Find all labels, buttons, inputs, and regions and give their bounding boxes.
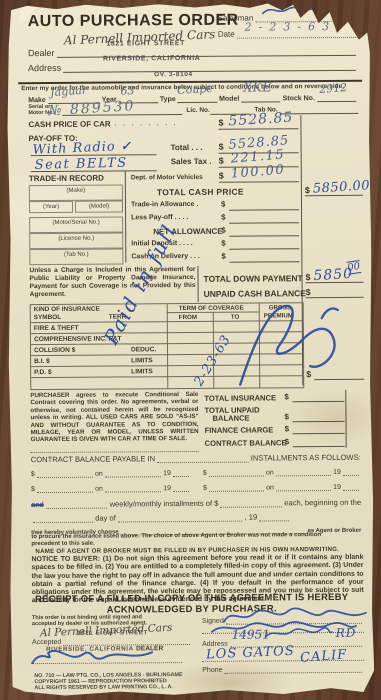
inst-dollar: $ [203,470,207,477]
initial-deposit-line [229,248,299,249]
initial-deposit-dollar: $ [221,239,226,248]
cash-price-dots: . . . . . . . . [114,118,177,127]
total-label: Total . . . [171,143,203,152]
inst-line [276,482,331,491]
accepted-street-stamp: 1821 EIGHT STREET [77,629,148,636]
footer-line-3: ALL RIGHTS RESERVED BY LAW PRINTING CO.,… [34,684,173,691]
lic-label: Lic. No. [186,107,210,114]
down-payment-rule [197,266,198,302]
model-line: XKE [241,93,280,102]
trade-in-year-model-box: (Year) (Model) [29,200,123,213]
ins-row-collision-deduc: DEDUC. [131,346,156,353]
agent-line2: to procure the insurance listed above. T… [31,532,361,541]
and-word-struck: and [31,500,44,509]
purchaser-clause: PURCHASER agrees to execute Conditional … [30,391,198,444]
total-cash-underline [305,195,363,196]
contract-balance-dollar: $ [285,437,290,446]
total-unpaid-dollar: $ [284,412,289,421]
total-cash-dollar: $ [305,185,310,195]
dmv-label: Dept. of Motor Vehicles [131,174,203,182]
day-row: day of , 19 [31,512,291,523]
trade-in-year-label: (Year) [43,204,59,210]
date-handwritten: 2-23-63 [245,20,337,34]
total-insurance-dollar: $ [284,392,289,401]
inst-dollar: $ [31,486,35,493]
finance-charge-dollar: $ [285,424,290,433]
stock-label: Stock No. [283,95,315,102]
trade-allowance-label: Trade-in Allowance . [131,201,198,208]
dealer-street-stamp: 1821 EIGHT STREET [106,40,185,48]
dmv-handwritten: 100.00 [230,162,285,181]
installment-row-2-left: $ on 19 [31,483,191,493]
weekly-row: and weekly/monthly installments of $ eac… [31,498,361,509]
trade-in-column-rule [125,170,127,262]
inst-on: on [266,484,274,491]
installment-row-2-right: $ on 19 [203,482,361,492]
day-blank-1 [33,514,93,523]
year-handwritten: 63 [120,84,134,97]
total-down-cents: 00 [347,260,361,275]
address-row: Address RIVERSIDE, CALIFORNIA [28,61,358,73]
trade-in-year-box: (Year) [29,201,73,213]
trade-in-license-label: (License No.) [58,236,94,242]
trade-in-make-label: (Make) [67,188,86,194]
trade-allowance-line [229,209,299,210]
phone-label: Phone [202,667,222,674]
less-payoff-line [229,222,299,223]
inst-dollar: $ [31,471,35,478]
net-allowance-line [229,235,299,236]
h-symbol: SYMBOL [34,314,61,321]
cash-delivery-dollar: $ [221,252,226,261]
insurance-total-line [314,379,364,380]
net-allowance-dollar: $ [221,226,226,235]
total-unpaid-label-2: BALANCE [212,414,249,423]
inst-line [105,483,161,492]
phone-row: Phone [202,664,364,674]
insurance-disclaimer: Unless a Charge is Included in this Agre… [29,266,195,299]
inst-line [37,469,93,478]
trade-in-motor-label: (Motor/Serial No.) [52,220,99,226]
clause-dotted-line [31,451,199,453]
day-blank-2 [118,513,243,523]
day-year-text: , 19 [244,513,257,522]
insurance-total-dollar: $ [306,369,311,379]
trade-in-make-box: (Make) [29,184,123,201]
ins-row-fire: FIRE & THEFT [34,325,79,332]
dealer-city-stamp: RIVERSIDE, CALIFORNIA [103,55,200,63]
inst-line [209,482,264,491]
total-down-label: TOTAL DOWN PAYMENT [203,273,302,284]
inst-dollar: $ [203,485,207,492]
cash-price-dollar: $ [218,118,223,128]
sales-tax-dollar: $ [219,156,224,166]
dmv-underline [219,181,299,183]
ins-row-bi-limits: LIMITS [131,357,153,364]
type-line: Coupe [178,94,217,103]
salesman-signature-scrawl [259,3,369,18]
dealer-line: 1821 EIGHT STREET [56,47,356,58]
weekly-blank-line [46,500,108,509]
payoff-line-2 [31,170,157,172]
inst-19: 19 [163,470,171,477]
check-mark: ✓ [121,139,133,153]
installments-label: INSTALLMENTS AS FOLLOWS: [251,453,361,463]
date-row: Date 2-23-63 [218,29,364,39]
trade-in-model-box: (Model) [75,200,123,212]
h-from: FROM [179,314,197,321]
h-kind: KIND OF INSURANCE [34,306,100,313]
contract-balance-label: CONTRACT BALANCE [205,438,287,448]
make-handwritten: Jaguar [49,83,87,99]
agent-line3: precedent to this sale. [31,541,94,547]
weekly-text: weekly/monthly installments of $ [110,499,219,509]
installment-row-1-left: $ on 19 [31,468,191,478]
trade-in-title: TRADE-IN RECORD [29,174,104,184]
dealer-label: Dealer [28,48,55,58]
each-text: each, beginning on the [284,498,361,508]
ins-row-pd-limits: LIMITS [131,368,153,375]
ins-row-pd: P.D. $ [34,369,52,376]
date-label: Date [218,30,235,39]
weekly-amount-line [220,498,282,507]
stock-handwritten: 2912 [318,81,347,96]
ins-row-collision: COLLISION $ [34,347,75,354]
type-label: Type [160,96,176,103]
cash-delivery-line [229,261,299,262]
payable-row: CONTRACT BALANCE PAYABLE IN INSTALLMENTS… [31,453,361,464]
trade-in-model-label: (Model) [89,204,109,210]
inst-on: on [266,469,274,476]
inst-19: 19 [333,484,341,491]
total-cash-price-label: TOTAL CASH PRICE [157,187,244,198]
totals-column-rule [345,390,346,448]
photo-of-auto-purchase-order: { "header": { "title": "AUTO PURCHASE OR… [0,0,381,700]
dmv-dollar: $ [219,171,224,181]
inst-line [105,468,161,477]
less-payoff-dollar: $ [221,213,226,222]
dealer-signature-scrawl [28,642,158,669]
total-dollar: $ [219,142,224,152]
cash-price-label: CASH PRICE OF CAR [28,120,110,130]
payable-line [157,454,249,464]
installment-row-1-right: $ on 19 [203,467,361,477]
inst-line [173,468,189,477]
inst-line [37,484,93,493]
inst-line [343,482,359,491]
cash-price-underline [218,128,298,130]
finance-charge-label: FINANCE CHARGE [205,425,274,434]
inst-on: on [95,486,103,493]
sales-tax-label: Sales Tax . [171,157,212,166]
inst-19: 19 [163,485,171,492]
type-handwritten: Coupe [177,82,213,97]
trade-in-motor-box: (Motor/Serial No.) [29,216,123,233]
contract-balance-line [293,446,345,447]
day-text: day of [95,514,116,523]
phone-line [224,664,362,674]
total-insurance-line [292,401,344,402]
trade-in-tab-label: (Tab No.) [64,252,89,258]
total-down-dollar: $ [305,272,310,282]
model-handwritten: XKE [243,80,272,95]
total-insurance-label: TOTAL INSURANCE [204,393,276,403]
inst-line [276,467,331,476]
buyer-address-rd: RD [336,626,357,640]
address-label: Address [28,63,61,73]
day-blank-3 [259,512,289,521]
inst-line [343,467,359,476]
address-line: RIVERSIDE, CALIFORNIA [63,62,356,73]
date-line: 2-23-63 [237,29,362,39]
ins-row-bi: B.I. $ [34,358,50,365]
trade-in-license-box: (License No.) [29,232,123,249]
inst-line [173,483,189,492]
stock-line: 2912 [317,93,356,102]
trade-in-tab-box: (Tab No.) [29,248,123,265]
payment-signature-scrawl [226,296,357,392]
model-label: Model [219,96,239,103]
trade-allowance-dollar: $ [221,200,226,209]
inst-line [209,467,264,476]
buyer-address-scrawl [264,626,334,640]
dealer-phone-stamp: OV. 3-8104 [154,71,193,78]
purchase-order-form: AUTO PURCHASE ORDER Salesman Date 2-23-6… [6,1,375,698]
cash-price-handwritten: 5528.85 [228,110,294,130]
finance-charge-line [293,433,345,434]
total-down-underline [306,282,364,283]
payable-label: CONTRACT BALANCE PAYABLE IN [31,454,155,464]
total-unpaid-line [293,421,345,422]
inst-19: 19 [333,469,341,476]
inst-on: on [95,471,103,478]
